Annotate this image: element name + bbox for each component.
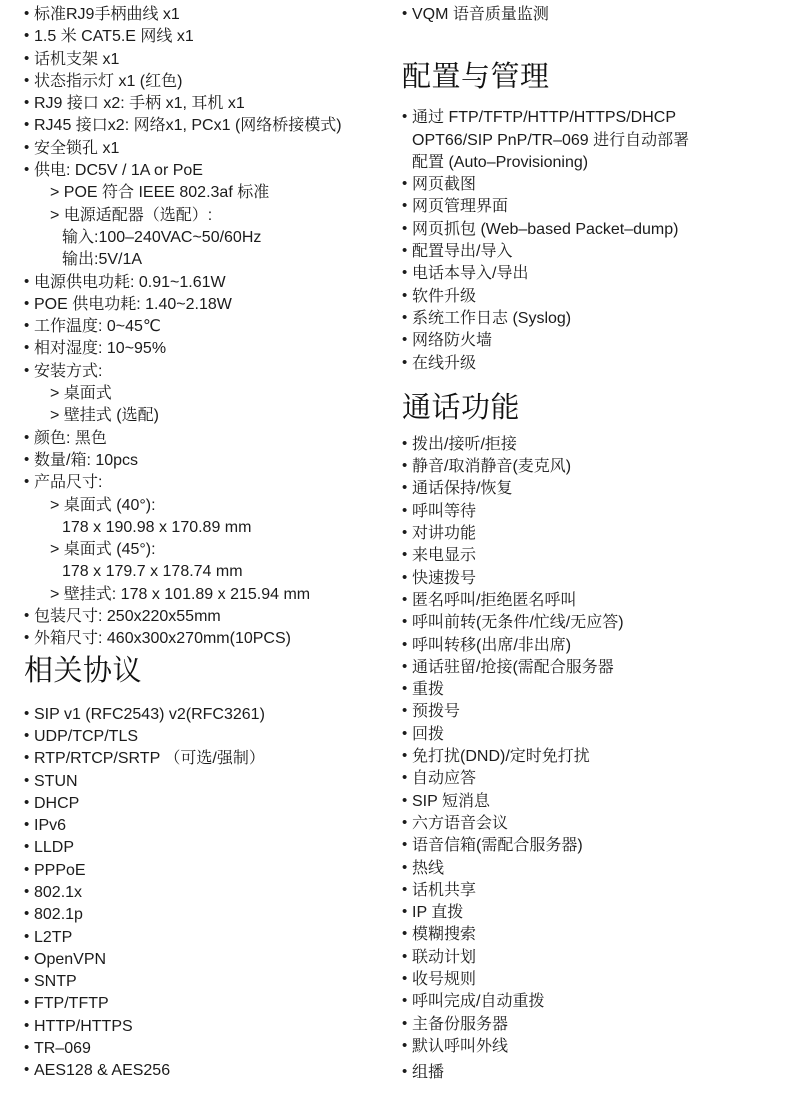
spec-sub-item: > 桌面式 (40°): bbox=[24, 495, 402, 517]
spec-item-text: > 桌面式 (40°): bbox=[50, 497, 156, 514]
spec-item-text: > 桌面式 bbox=[50, 385, 112, 402]
bullet-icon: • bbox=[24, 747, 29, 769]
spec-item-text: 通话保持/恢复 bbox=[412, 480, 512, 497]
spec-subsub-item: 178 x 179.7 x 178.74 mm bbox=[24, 561, 402, 583]
spec-item-text: 网页抓包 (Web–based Packet–dump) bbox=[412, 221, 679, 238]
spec-item: •六方语音会议 bbox=[402, 813, 782, 835]
bullet-icon: • bbox=[402, 879, 407, 901]
bullet-icon: • bbox=[402, 1035, 407, 1057]
spec-item-text: > 桌面式 (45°): bbox=[50, 541, 156, 558]
spec-item-text: 来电显示 bbox=[412, 547, 476, 564]
spec-item: •话机支架 x1 bbox=[24, 49, 402, 71]
spec-item-text: 802.1x bbox=[34, 884, 82, 901]
spec-item: •LLDP bbox=[24, 837, 402, 859]
spec-item-text: 话机支架 x1 bbox=[34, 51, 119, 68]
spec-item: •IPv6 bbox=[24, 815, 402, 837]
bullet-icon: • bbox=[24, 725, 29, 747]
bullet-icon: • bbox=[24, 881, 29, 903]
spec-item-text: 模糊搜索 bbox=[412, 926, 476, 943]
spec-item-text: 状态指示灯 x1 (红色) bbox=[34, 73, 182, 90]
bullet-icon: • bbox=[24, 449, 29, 471]
spec-sub-item: > 电源适配器（选配）: bbox=[24, 205, 402, 227]
spec-item: •外箱尺寸: 460x300x270mm(10PCS) bbox=[24, 628, 402, 650]
bullet-icon: • bbox=[402, 745, 407, 767]
spec-item: •RJ9 接口 x2: 手柄 x1, 耳机 x1 bbox=[24, 93, 402, 115]
bullet-icon: • bbox=[402, 857, 407, 879]
bullet-icon: • bbox=[24, 1015, 29, 1037]
spec-item-text: 电源供电功耗: 0.91~1.61W bbox=[34, 274, 226, 291]
spec-item: •L2TP bbox=[24, 927, 402, 949]
spec-item-text: 颜色: 黑色 bbox=[34, 430, 107, 447]
spec-item-text: TR–069 bbox=[34, 1040, 91, 1057]
bullet-icon: • bbox=[402, 106, 407, 128]
spec-item: •对讲功能 bbox=[402, 523, 782, 545]
bullet-icon: • bbox=[402, 218, 407, 240]
bullet-icon: • bbox=[24, 903, 29, 925]
spec-item: •网页管理界面 bbox=[402, 196, 782, 218]
bullet-icon: • bbox=[402, 968, 407, 990]
right-column: •VQM 语音质量监测 配置与管理 •通过 FTP/TFTP/HTTP/HTTP… bbox=[402, 4, 782, 1084]
spec-item-text: 拨出/接听/拒接 bbox=[412, 436, 517, 453]
bullet-icon: • bbox=[24, 70, 29, 92]
spec-item-text: 免打扰(DND)/定时免打扰 bbox=[412, 748, 590, 765]
spec-item: •IP 直拨 bbox=[402, 902, 782, 924]
bullet-icon: • bbox=[402, 589, 407, 611]
bullet-icon: • bbox=[24, 159, 29, 181]
bullet-icon: • bbox=[24, 770, 29, 792]
bullet-icon: • bbox=[402, 307, 407, 329]
config-management-section-title: 配置与管理 bbox=[402, 59, 782, 95]
bullet-icon: • bbox=[402, 195, 407, 217]
spec-item-text: LLDP bbox=[34, 839, 74, 856]
bullet-icon: • bbox=[24, 360, 29, 382]
bullet-icon: • bbox=[402, 173, 407, 195]
spec-item: •免打扰(DND)/定时免打扰 bbox=[402, 746, 782, 768]
spec-item-text: 默认呼叫外线 bbox=[412, 1038, 508, 1055]
spec-item-text: 数量/箱: 10pcs bbox=[34, 452, 138, 469]
spec-item-text: RJ45 接口x2: 网络x1, PCx1 (网络桥接模式) bbox=[34, 117, 342, 134]
bullet-icon: • bbox=[24, 92, 29, 114]
bullet-icon: • bbox=[402, 923, 407, 945]
spec-item-text: SIP v1 (RFC2543) v2(RFC3261) bbox=[34, 706, 265, 723]
bullet-icon: • bbox=[24, 814, 29, 836]
bullet-icon: • bbox=[402, 285, 407, 307]
spec-item: •安装方式: bbox=[24, 361, 402, 383]
spec-item: •TR–069 bbox=[24, 1038, 402, 1060]
spec-item: •HTTP/HTTPS bbox=[24, 1016, 402, 1038]
bullet-icon: • bbox=[24, 25, 29, 47]
spec-item: •OpenVPN bbox=[24, 949, 402, 971]
spec-item-text: 回拨 bbox=[412, 726, 444, 743]
bullet-icon: • bbox=[24, 1059, 29, 1081]
bullet-icon: • bbox=[402, 352, 407, 374]
bullet-icon: • bbox=[402, 1013, 407, 1035]
hardware-spec-list: •标准RJ9手柄曲线 x1•1.5 米 CAT5.E 网线 x1•话机支架 x1… bbox=[24, 4, 402, 651]
bullet-icon: • bbox=[24, 315, 29, 337]
spec-item: •通话驻留/抢接(需配合服务器 bbox=[402, 657, 782, 679]
spec-item-text: 软件升级 bbox=[412, 288, 476, 305]
bullet-icon: • bbox=[24, 627, 29, 649]
bullet-icon: • bbox=[402, 901, 407, 923]
spec-item: •匿名呼叫/拒绝匿名呼叫 bbox=[402, 590, 782, 612]
spec-item-text: IP 直拨 bbox=[412, 904, 463, 921]
spec-item-text: VQM 语音质量监测 bbox=[412, 6, 549, 23]
spec-item-text: STUN bbox=[34, 773, 78, 790]
bullet-icon: • bbox=[402, 611, 407, 633]
spec-item-text: 通话驻留/抢接(需配合服务器 bbox=[412, 659, 614, 676]
bullet-icon: • bbox=[24, 137, 29, 159]
bullet-icon: • bbox=[402, 700, 407, 722]
bullet-icon: • bbox=[24, 48, 29, 70]
spec-item: •UDP/TCP/TLS bbox=[24, 726, 402, 748]
spec-item: •POE 供电功耗: 1.40~2.18W bbox=[24, 294, 402, 316]
spec-item: •网络防火墙 bbox=[402, 330, 782, 352]
spec-item: •呼叫完成/自动重拨 bbox=[402, 991, 782, 1013]
bullet-icon: • bbox=[24, 427, 29, 449]
spec-item: •回拨 bbox=[402, 724, 782, 746]
spec-item: •PPPoE bbox=[24, 860, 402, 882]
spec-item: •电话本导入/导出 bbox=[402, 263, 782, 285]
spec-item-text: 178 x 179.7 x 178.74 mm bbox=[62, 563, 243, 580]
spec-item-text: 输出:5V/1A bbox=[62, 251, 142, 268]
bullet-icon: • bbox=[24, 970, 29, 992]
spec-item: •SNTP bbox=[24, 971, 402, 993]
spec-item-text: 热线 bbox=[412, 860, 444, 877]
spec-item: •DHCP bbox=[24, 793, 402, 815]
spec-item-text: 自动应答 bbox=[412, 770, 476, 787]
spec-item: •联动计划 bbox=[402, 947, 782, 969]
spec-item-text: > POE 符合 IEEE 802.3af 标准 bbox=[50, 184, 269, 201]
spec-item: •RTP/RTCP/SRTP （可选/强制） bbox=[24, 748, 402, 770]
spec-item-text: 包装尺寸: 250x220x55mm bbox=[34, 608, 221, 625]
spec-sub-item: > 壁挂式: 178 x 101.89 x 215.94 mm bbox=[24, 584, 402, 606]
spec-item: •产品尺寸: bbox=[24, 472, 402, 494]
bullet-icon: • bbox=[402, 477, 407, 499]
spec-item-text: 在线升级 bbox=[412, 355, 476, 372]
spec-item: •呼叫等待 bbox=[402, 501, 782, 523]
spec-item-text: 呼叫前转(无条件/忙线/无应答) bbox=[412, 614, 624, 631]
spec-item: •软件升级 bbox=[402, 286, 782, 308]
spec-item-text: IPv6 bbox=[34, 817, 66, 834]
protocols-list: •SIP v1 (RFC2543) v2(RFC3261)•UDP/TCP/TL… bbox=[24, 704, 402, 1083]
spec-item: •呼叫转移(出席/非出席) bbox=[402, 635, 782, 657]
spec-item-text: > 壁挂式 (选配) bbox=[50, 407, 159, 424]
spec-item: •包装尺寸: 250x220x55mm bbox=[24, 606, 402, 628]
spec-item: •标准RJ9手柄曲线 x1 bbox=[24, 4, 402, 26]
spec-item-text: 1.5 米 CAT5.E 网线 x1 bbox=[34, 28, 194, 45]
bullet-icon: • bbox=[402, 522, 407, 544]
bullet-icon: • bbox=[24, 792, 29, 814]
spec-subsub-item: 输入:100–240VAC~50/60Hz bbox=[24, 227, 402, 249]
spec-item-text: 安全锁孔 x1 bbox=[34, 140, 119, 157]
bullet-icon: • bbox=[402, 544, 407, 566]
bullet-icon: • bbox=[402, 656, 407, 678]
spec-item-text: 配置 (Auto–Provisioning) bbox=[412, 154, 588, 171]
spec-item-text: 匿名呼叫/拒绝匿名呼叫 bbox=[412, 592, 576, 609]
call-features-section-title: 通话功能 bbox=[402, 390, 782, 426]
voice-quality-list: •VQM 语音质量监测 bbox=[402, 4, 782, 26]
spec-item: •来电显示 bbox=[402, 545, 782, 567]
spec-cont-item: OPT66/SIP PnP/TR–069 进行自动部署 bbox=[402, 130, 782, 152]
bullet-icon: • bbox=[24, 1037, 29, 1059]
spec-item-text: HTTP/HTTPS bbox=[34, 1018, 133, 1035]
bullet-icon: • bbox=[402, 3, 407, 25]
spec-item-text: OPT66/SIP PnP/TR–069 进行自动部署 bbox=[412, 132, 689, 149]
bullet-icon: • bbox=[402, 262, 407, 284]
spec-item-text: DHCP bbox=[34, 795, 79, 812]
bullet-icon: • bbox=[24, 605, 29, 627]
spec-item: •电源供电功耗: 0.91~1.61W bbox=[24, 272, 402, 294]
spec-item-text: 六方语音会议 bbox=[412, 815, 508, 832]
spec-item-text: 安装方式: bbox=[34, 363, 102, 380]
config-management-list: •通过 FTP/TFTP/HTTP/HTTPS/DHCPOPT66/SIP Pn… bbox=[402, 107, 782, 375]
bullet-icon: • bbox=[24, 992, 29, 1014]
spec-item-text: 话机共享 bbox=[412, 882, 476, 899]
spec-item: •802.1x bbox=[24, 882, 402, 904]
spec-sub-item: > POE 符合 IEEE 802.3af 标准 bbox=[24, 182, 402, 204]
spec-item-text: 快速拨号 bbox=[412, 570, 476, 587]
spec-item: •在线升级 bbox=[402, 353, 782, 375]
spec-sub-item: > 桌面式 bbox=[24, 383, 402, 405]
bullet-icon: • bbox=[402, 767, 407, 789]
spec-item: •主备份服务器 bbox=[402, 1014, 782, 1036]
bullet-icon: • bbox=[402, 240, 407, 262]
spec-item-text: POE 供电功耗: 1.40~2.18W bbox=[34, 296, 232, 313]
spec-subsub-item: 输出:5V/1A bbox=[24, 249, 402, 271]
spec-item: •相对湿度: 10~95% bbox=[24, 338, 402, 360]
spec-item-text: 178 x 190.98 x 170.89 mm bbox=[62, 519, 251, 536]
spec-item-text: RJ9 接口 x2: 手柄 x1, 耳机 x1 bbox=[34, 95, 245, 112]
spec-item: •安全锁孔 x1 bbox=[24, 138, 402, 160]
spec-item-text: 对讲功能 bbox=[412, 525, 476, 542]
spec-item: •VQM 语音质量监测 bbox=[402, 4, 782, 26]
bullet-icon: • bbox=[402, 834, 407, 856]
spec-item-text: PPPoE bbox=[34, 862, 86, 879]
bullet-icon: • bbox=[402, 1061, 407, 1083]
spec-item-text: FTP/TFTP bbox=[34, 995, 109, 1012]
bullet-icon: • bbox=[402, 678, 407, 700]
spec-item-text: 电话本导入/导出 bbox=[412, 265, 528, 282]
spec-item: •预拨号 bbox=[402, 701, 782, 723]
call-features-list: •拨出/接听/拒接•静音/取消静音(麦克风)•通话保持/恢复•呼叫等待•对讲功能… bbox=[402, 434, 782, 1085]
spec-item: •SIP 短消息 bbox=[402, 791, 782, 813]
bullet-icon: • bbox=[402, 433, 407, 455]
bullet-icon: • bbox=[402, 723, 407, 745]
spec-item-text: 通过 FTP/TFTP/HTTP/HTTPS/DHCP bbox=[412, 109, 676, 126]
spec-sub-item: > 壁挂式 (选配) bbox=[24, 405, 402, 427]
spec-item-text: 收号规则 bbox=[412, 971, 476, 988]
spec-item: •模糊搜索 bbox=[402, 924, 782, 946]
spec-item: •SIP v1 (RFC2543) v2(RFC3261) bbox=[24, 704, 402, 726]
bullet-icon: • bbox=[402, 812, 407, 834]
spec-item: •快速拨号 bbox=[402, 568, 782, 590]
spec-item: •供电: DC5V / 1A or PoE bbox=[24, 160, 402, 182]
spec-item: •重拨 bbox=[402, 679, 782, 701]
spec-item: •组播 bbox=[402, 1062, 782, 1084]
spec-item: •AES128 & AES256 bbox=[24, 1060, 402, 1082]
spec-item-text: 静音/取消静音(麦克风) bbox=[412, 458, 571, 475]
spec-item-text: 外箱尺寸: 460x300x270mm(10PCS) bbox=[34, 630, 291, 647]
spec-item: •拨出/接听/拒接 bbox=[402, 434, 782, 456]
spec-cont-item: 配置 (Auto–Provisioning) bbox=[402, 152, 782, 174]
spec-item-text: 呼叫转移(出席/非出席) bbox=[412, 637, 571, 654]
spec-item-text: UDP/TCP/TLS bbox=[34, 728, 138, 745]
spec-item: •自动应答 bbox=[402, 768, 782, 790]
bullet-icon: • bbox=[402, 790, 407, 812]
spec-item: •1.5 米 CAT5.E 网线 x1 bbox=[24, 26, 402, 48]
bullet-icon: • bbox=[402, 567, 407, 589]
spec-item: •通话保持/恢复 bbox=[402, 478, 782, 500]
spec-item: •工作温度: 0~45℃ bbox=[24, 316, 402, 338]
spec-item: •语音信箱(需配合服务器) bbox=[402, 835, 782, 857]
bullet-icon: • bbox=[24, 293, 29, 315]
spec-item-text: > 电源适配器（选配）: bbox=[50, 207, 212, 224]
spec-item: •通过 FTP/TFTP/HTTP/HTTPS/DHCP bbox=[402, 107, 782, 129]
spec-item-text: 语音信箱(需配合服务器) bbox=[412, 837, 583, 854]
bullet-icon: • bbox=[24, 926, 29, 948]
bullet-icon: • bbox=[24, 836, 29, 858]
bullet-icon: • bbox=[24, 271, 29, 293]
bullet-icon: • bbox=[402, 990, 407, 1012]
spec-item: •热线 bbox=[402, 858, 782, 880]
spec-item-text: 输入:100–240VAC~50/60Hz bbox=[62, 229, 261, 246]
spec-item-text: 工作温度: 0~45℃ bbox=[34, 318, 161, 335]
spec-item-text: 供电: DC5V / 1A or PoE bbox=[34, 162, 203, 179]
spec-item-text: 标准RJ9手柄曲线 x1 bbox=[34, 6, 180, 23]
bullet-icon: • bbox=[402, 634, 407, 656]
bullet-icon: • bbox=[24, 948, 29, 970]
spec-item: •STUN bbox=[24, 771, 402, 793]
spec-item-text: 802.1p bbox=[34, 906, 83, 923]
spec-item-text: 系统工作日志 (Syslog) bbox=[412, 310, 571, 327]
spec-item-text: 网页管理界面 bbox=[412, 198, 508, 215]
spec-item-text: RTP/RTCP/SRTP （可选/强制） bbox=[34, 750, 265, 767]
spec-item: •静音/取消静音(麦克风) bbox=[402, 456, 782, 478]
bullet-icon: • bbox=[24, 3, 29, 25]
bullet-icon: • bbox=[402, 946, 407, 968]
spec-item: •系统工作日志 (Syslog) bbox=[402, 308, 782, 330]
spec-item: •802.1p bbox=[24, 904, 402, 926]
spec-item: •颜色: 黑色 bbox=[24, 428, 402, 450]
spec-sub-item: > 桌面式 (45°): bbox=[24, 539, 402, 561]
spec-item-text: 产品尺寸: bbox=[34, 474, 102, 491]
bullet-icon: • bbox=[24, 471, 29, 493]
spec-item-text: 重拨 bbox=[412, 681, 444, 698]
spec-item-text: > 壁挂式: 178 x 101.89 x 215.94 mm bbox=[50, 586, 310, 603]
spec-item-text: SIP 短消息 bbox=[412, 793, 490, 810]
datasheet-page: •标准RJ9手柄曲线 x1•1.5 米 CAT5.E 网线 x1•话机支架 x1… bbox=[0, 0, 790, 1084]
spec-item: •配置导出/导入 bbox=[402, 241, 782, 263]
spec-item: •呼叫前转(无条件/忙线/无应答) bbox=[402, 612, 782, 634]
spec-item: •网页截图 bbox=[402, 174, 782, 196]
spec-item-text: L2TP bbox=[34, 929, 72, 946]
spec-item: •网页抓包 (Web–based Packet–dump) bbox=[402, 219, 782, 241]
spec-item-text: 配置导出/导入 bbox=[412, 243, 512, 260]
spec-item-text: 网络防火墙 bbox=[412, 332, 492, 349]
spec-item-text: AES128 & AES256 bbox=[34, 1062, 170, 1079]
spec-item: •FTP/TFTP bbox=[24, 993, 402, 1015]
bullet-icon: • bbox=[24, 337, 29, 359]
spec-item-text: 组播 bbox=[412, 1064, 444, 1081]
spec-item: •话机共享 bbox=[402, 880, 782, 902]
bullet-icon: • bbox=[402, 500, 407, 522]
spec-item-text: 呼叫完成/自动重拨 bbox=[412, 993, 544, 1010]
spec-item-text: 呼叫等待 bbox=[412, 503, 476, 520]
spec-item: •状态指示灯 x1 (红色) bbox=[24, 71, 402, 93]
spec-item: •RJ45 接口x2: 网络x1, PCx1 (网络桥接模式) bbox=[24, 115, 402, 137]
spec-subsub-item: 178 x 190.98 x 170.89 mm bbox=[24, 517, 402, 539]
protocols-section-title: 相关协议 bbox=[24, 653, 402, 689]
spec-item-text: OpenVPN bbox=[34, 951, 106, 968]
spec-item-text: 预拨号 bbox=[412, 703, 460, 720]
bullet-icon: • bbox=[402, 329, 407, 351]
bullet-icon: • bbox=[24, 114, 29, 136]
spec-item-text: 网页截图 bbox=[412, 176, 476, 193]
spec-item: •收号规则 bbox=[402, 969, 782, 991]
spec-item-text: SNTP bbox=[34, 973, 77, 990]
bullet-icon: • bbox=[24, 703, 29, 725]
spec-item-text: 主备份服务器 bbox=[412, 1016, 508, 1033]
bullet-icon: • bbox=[402, 455, 407, 477]
spec-item-text: 联动计划 bbox=[412, 949, 476, 966]
spec-item: •默认呼叫外线 bbox=[402, 1036, 782, 1058]
left-column: •标准RJ9手柄曲线 x1•1.5 米 CAT5.E 网线 x1•话机支架 x1… bbox=[24, 4, 402, 1084]
spec-item: •数量/箱: 10pcs bbox=[24, 450, 402, 472]
bullet-icon: • bbox=[24, 859, 29, 881]
spec-item-text: 相对湿度: 10~95% bbox=[34, 340, 166, 357]
